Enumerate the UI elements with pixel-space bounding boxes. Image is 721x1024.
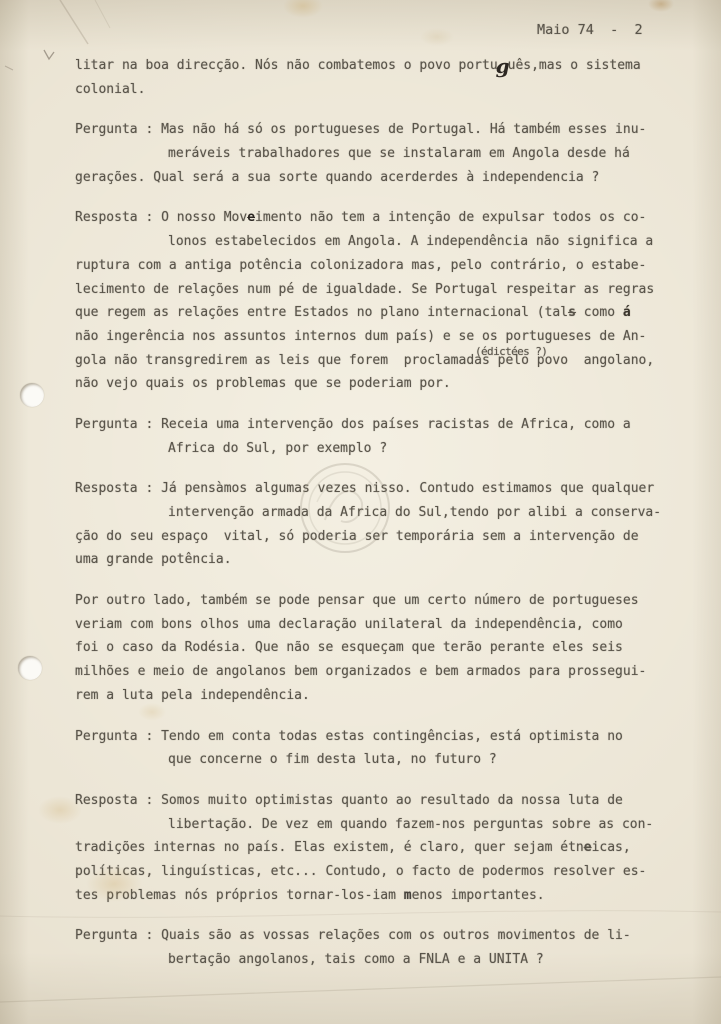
text-line: uma grande potência. (75, 548, 675, 572)
typed-text: Pergunta : Receia uma intervenção dos pa… (75, 417, 631, 432)
corrected-text: e (247, 210, 255, 225)
typed-text: como (576, 305, 623, 320)
typed-text: icas, (592, 840, 631, 855)
document-body: litar na boa direcção. Nós não combatemo… (75, 54, 675, 989)
text-line: que regem as relações entre Estados no p… (75, 301, 675, 325)
text-line: gola não transgredirem as leis que forem… (75, 349, 675, 373)
text-line: Pergunta : Mas não há só os portugueses … (75, 118, 675, 142)
text-line: Resposta : Somos muito optimistas quanto… (75, 789, 675, 813)
typed-insertion-note: (édictées ?) (475, 340, 547, 364)
typed-text: colonial. (75, 82, 145, 97)
text-line: não vejo quais os problemas que se poder… (75, 372, 675, 396)
paragraph: litar na boa direcção. Nós não combatemo… (75, 54, 675, 101)
text-line: lecimento de relações num pé de igualdad… (75, 278, 675, 302)
paragraph: Resposta : Somos muito optimistas quanto… (75, 789, 675, 907)
text-line: tes problemas nós próprios tornar-los-ia… (75, 884, 675, 908)
text-line: Resposta : O nosso Moveimento não tem a … (75, 206, 675, 230)
typed-text: lecimento de relações num pé de igualdad… (75, 282, 654, 297)
paragraph: Pergunta : Mas não há só os portugueses … (75, 118, 675, 189)
corrected-text: g (496, 54, 510, 78)
typed-text: intervenção armada da Africa do Sul,tend… (168, 505, 661, 520)
typed-text: uês,mas o sistema (508, 58, 641, 73)
typed-text: Pergunta : Tendo em conta todas estas co… (75, 729, 623, 744)
text-line: meráveis trabalhadores que se instalaram… (75, 142, 675, 166)
text-line: milhões e meio de angolanos bem organiza… (75, 660, 675, 684)
typed-text: libertação. De vez em quando fazem-nos p… (168, 817, 653, 832)
text-line: intervenção armada da Africa do Sul,tend… (75, 501, 675, 525)
typed-text: imento não tem a intenção de expulsar to… (255, 210, 646, 225)
paper-stain (648, 0, 674, 12)
text-line: gerações. Qual será a sua sorte quando a… (75, 166, 675, 190)
corrected-text: e (584, 840, 592, 855)
text-line: Por outro lado, também se pode pensar qu… (75, 589, 675, 613)
typed-text: gerações. Qual será a sua sorte quando a… (75, 170, 599, 185)
text-line: Resposta : Já pensàmos algumas vezes nis… (75, 477, 675, 501)
pencil-mark (5, 50, 54, 70)
typed-text: gola não transgredirem as leis que forem… (75, 353, 654, 368)
text-line: Africa do Sul, por exemplo ? (75, 437, 675, 461)
page-header-date-and-number: Maio 74 - 2 (537, 22, 643, 38)
typed-text: que regem as relações entre Estados no p… (75, 305, 568, 320)
paragraph: Pergunta : Receia uma intervenção dos pa… (75, 413, 675, 460)
punch-hole (20, 383, 44, 407)
text-line: foi o caso da Rodésia. Que não se esqueç… (75, 636, 675, 660)
typed-text: não ingerência nos assuntos internos dum… (75, 329, 646, 344)
corrected-text: m (404, 888, 412, 903)
typed-text: ção do seu espaço vital, só poderia ser … (75, 529, 639, 544)
text-line: que concerne o fim desta luta, no futuro… (75, 748, 675, 772)
text-line: tradições internas no país. Elas existem… (75, 836, 675, 860)
typed-text: não vejo quais os problemas que se poder… (75, 376, 451, 391)
typed-text: Pergunta : Mas não há só os portugueses … (75, 122, 646, 137)
text-line: ruptura com a antiga potência colonizado… (75, 254, 675, 278)
paragraph: Resposta : O nosso Moveimento não tem a … (75, 206, 675, 396)
text-line: lonos estabelecidos em Angola. A indepen… (75, 230, 675, 254)
text-line: Pergunta : Tendo em conta todas estas co… (75, 725, 675, 749)
scanned-paper-page: Maio 74 - 2 litar na boa direcção. Nós n… (0, 0, 721, 1024)
corrected-text: s (568, 305, 576, 320)
typed-text: litar na boa direcção. Nós não combatemo… (75, 58, 498, 73)
typed-text: enos importantes. (412, 888, 545, 903)
text-line: litar na boa direcção. Nós não combatemo… (75, 54, 675, 78)
typed-text: lonos estabelecidos em Angola. A indepen… (168, 234, 653, 249)
typed-text: Africa do Sul, por exemplo ? (168, 441, 387, 456)
text-line: não ingerência nos assuntos internos dum… (75, 325, 675, 349)
text-line: veriam com bons olhos uma declaração uni… (75, 613, 675, 637)
text-line: colonial. (75, 78, 675, 102)
paragraph: Por outro lado, também se pode pensar qu… (75, 589, 675, 707)
typed-text: meráveis trabalhadores que se instalaram… (168, 146, 630, 161)
paragraph: Pergunta : Quais são as vossas relações … (75, 924, 675, 971)
paragraph: Resposta : Já pensàmos algumas vezes nis… (75, 477, 675, 572)
typed-text: uma grande potência. (75, 552, 232, 567)
typed-text: políticas, linguísticas, etc... Contudo,… (75, 864, 646, 879)
text-line: ção do seu espaço vital, só poderia ser … (75, 525, 675, 549)
paper-stain (420, 28, 454, 46)
typed-text: tes problemas nós próprios tornar-los-ia… (75, 888, 404, 903)
typed-text: veriam com bons olhos uma declaração uni… (75, 617, 623, 632)
paragraph: Pergunta : Tendo em conta todas estas co… (75, 725, 675, 772)
typed-text: milhões e meio de angolanos bem organiza… (75, 664, 646, 679)
text-line: Pergunta : Quais são as vossas relações … (75, 924, 675, 948)
text-line: políticas, linguísticas, etc... Contudo,… (75, 860, 675, 884)
typed-text: que concerne o fim desta luta, no futuro… (168, 752, 497, 767)
text-line: Pergunta : Receia uma intervenção dos pa… (75, 413, 675, 437)
text-line: libertação. De vez em quando fazem-nos p… (75, 813, 675, 837)
typed-text: rem a luta pela independência. (75, 688, 310, 703)
typed-text: Pergunta : Quais são as vossas relações … (75, 928, 631, 943)
typed-text: foi o caso da Rodésia. Que não se esqueç… (75, 640, 623, 655)
corrected-text: á (623, 305, 631, 320)
typed-text: Por outro lado, também se pode pensar qu… (75, 593, 639, 608)
punch-hole (18, 656, 42, 680)
text-line: bertação angolanos, tais como a FNLA e a… (75, 948, 675, 972)
typed-text: tradições internas no país. Elas existem… (75, 840, 584, 855)
text-line: rem a luta pela independência. (75, 684, 675, 708)
typed-text: bertação angolanos, tais como a FNLA e a… (168, 952, 544, 967)
typed-text: Resposta : O nosso Mov (75, 210, 247, 225)
typed-text: Resposta : Somos muito optimistas quanto… (75, 793, 623, 808)
typed-text: ruptura com a antiga potência colonizado… (75, 258, 646, 273)
paper-stain (283, 0, 323, 18)
typed-text: Resposta : Já pensàmos algumas vezes nis… (75, 481, 654, 496)
